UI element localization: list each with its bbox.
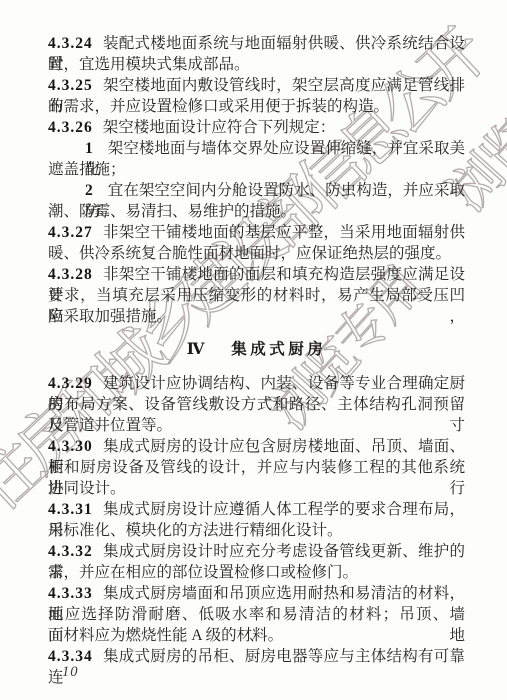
clause-text: 及管道井位置等。 — [48, 417, 172, 434]
section-numeral: Ⅳ — [187, 341, 206, 358]
text-line: 时，宜选用模块式集成部品。 — [48, 54, 465, 75]
clause-text: 的需求，并应设置检修口或采用便于拆装的构造。 — [48, 98, 389, 115]
clause-number: 4.3.26 — [48, 119, 93, 136]
text-line: 遮盖措施； — [48, 159, 465, 180]
text-line: 的布局方案、设备管线敷设方式和路径、主体结构孔洞预留尺寸 — [48, 394, 465, 415]
clause-number: 4.3.28 — [48, 266, 93, 283]
clause-number: 4.3.34 — [48, 648, 93, 665]
clause-line: 1架空楼地面与墙体交界处应设置伸缩缝，并宜采取美化 — [48, 138, 465, 159]
clause-text: 时，宜选用模块式集成部品。 — [48, 56, 250, 73]
section-heading: Ⅳ集成式厨房 — [48, 339, 465, 360]
clause-text: 协同设计。 — [48, 480, 126, 497]
clause-line: 4.3.32集成式厨房设计时应充分考虑设备管线更新、维护的需 — [48, 541, 465, 562]
text-line: 用标准化、模块化的方法进行精细化设计。 — [48, 520, 465, 541]
clause-text: 暖、供冷系统复合脆性面材地面时，应保证绝热层的强度。 — [48, 245, 451, 262]
text-line: 潮、防霉、易清扫、易维护的措施。 — [48, 201, 465, 222]
clause-line: 4.3.31集成式厨房设计应遵循人体工程学的要求合理布局，采 — [48, 499, 465, 520]
clause-number: 2 — [85, 182, 94, 199]
text-line: 求，并应在相应的部位设置检修口或检修门。 — [48, 562, 465, 583]
clause-line: 4.3.27非架空干铺楼地面的基层应平整，当采用地面辐射供 — [48, 222, 465, 243]
text-line: 柜和厨房设备及管线的设计，并应与内装修工程的其他系统进行 — [48, 457, 465, 478]
document-body: 4.3.24装配式楼地面系统与地面辐射供暖、供冷系统结合设置时，宜选用模块式集成… — [48, 33, 465, 667]
clause-number: 4.3.32 — [48, 543, 93, 560]
clause-number: 4.3.30 — [48, 438, 93, 455]
clause-line: 4.3.30集成式厨房的设计应包含厨房楼地面、吊顶、墙面、橱 — [48, 436, 465, 457]
text-line: 的需求，并应设置检修口或采用便于拆装的构造。 — [48, 96, 465, 117]
clause-line: 4.3.33集成式厨房墙面和吊顶应选用耐热和易清洁的材料，地 — [48, 583, 465, 604]
clause-text: 潮、防霉、易清扫、易维护的措施。 — [48, 203, 296, 220]
clause-number: 4.3.27 — [48, 224, 93, 241]
clause-line: 4.3.24装配式楼地面系统与地面辐射供暖、供冷系统结合设置 — [48, 33, 465, 54]
clause-text: 应采取加强措施。 — [48, 308, 172, 325]
clause-line: 4.3.25架空楼地面内敷设管线时，架空层高度应满足管线排布 — [48, 75, 465, 96]
clause-text: 用标准化、模块化的方法进行精细化设计。 — [48, 522, 343, 539]
clause-text: 求，并应在相应的部位设置检修口或检修门。 — [48, 564, 358, 581]
clause-text: 集成式厨房的吊柜、厨房电器等应与主体结构有可靠连 — [48, 648, 465, 686]
clause-text: 遮盖措施； — [48, 161, 126, 178]
text-line: 面应选择防滑耐磨、低吸水率和易清洁的材料；吊顶、墙面、地 — [48, 604, 465, 625]
text-line: 暖、供冷系统复合脆性面材地面时，应保证绝热层的强度。 — [48, 243, 465, 264]
clause-text: 架空楼地面设计应符合下列规定： — [103, 119, 336, 136]
clause-number: 4.3.24 — [48, 35, 93, 52]
clause-line: 2宜在架空空间内分舱设置防水、防虫构造，并应采取防 — [48, 180, 465, 201]
page-number: 10 — [62, 664, 79, 681]
clause-number: 4.3.33 — [48, 585, 93, 602]
clause-text: 面材料应为燃烧性能 A 级的材料。 — [48, 627, 283, 644]
clause-line: 4.3.29建筑设计应协调结构、内装、设备等专业合理确定厨房 — [48, 373, 465, 394]
clause-number: 4.3.29 — [48, 375, 93, 392]
text-line: 要求，当填充层采用压缩变形的材料时，易产生局部受压凹陷， — [48, 285, 465, 306]
clause-number: 1 — [85, 140, 94, 157]
clause-text: 非架空干铺楼地面的基层应平整，当采用地面辐射供 — [103, 224, 465, 241]
section-title: 集成式厨房 — [231, 341, 326, 358]
clause-line: 4.3.26架空楼地面设计应符合下列规定： — [48, 117, 465, 138]
clause-number: 4.3.31 — [48, 501, 93, 518]
scanned-document-page: 住房和城乡建设部信息公开 浏览专用 浏览专用 4.3.24装配式楼地面系统与地面… — [0, 0, 507, 700]
clause-line: 4.3.28非架空干铺楼地面的面层和填充构造层强度应满足设计 — [48, 264, 465, 285]
clause-line: 4.3.34集成式厨房的吊柜、厨房电器等应与主体结构有可靠连 — [48, 646, 465, 667]
clause-number: 4.3.25 — [48, 77, 93, 94]
